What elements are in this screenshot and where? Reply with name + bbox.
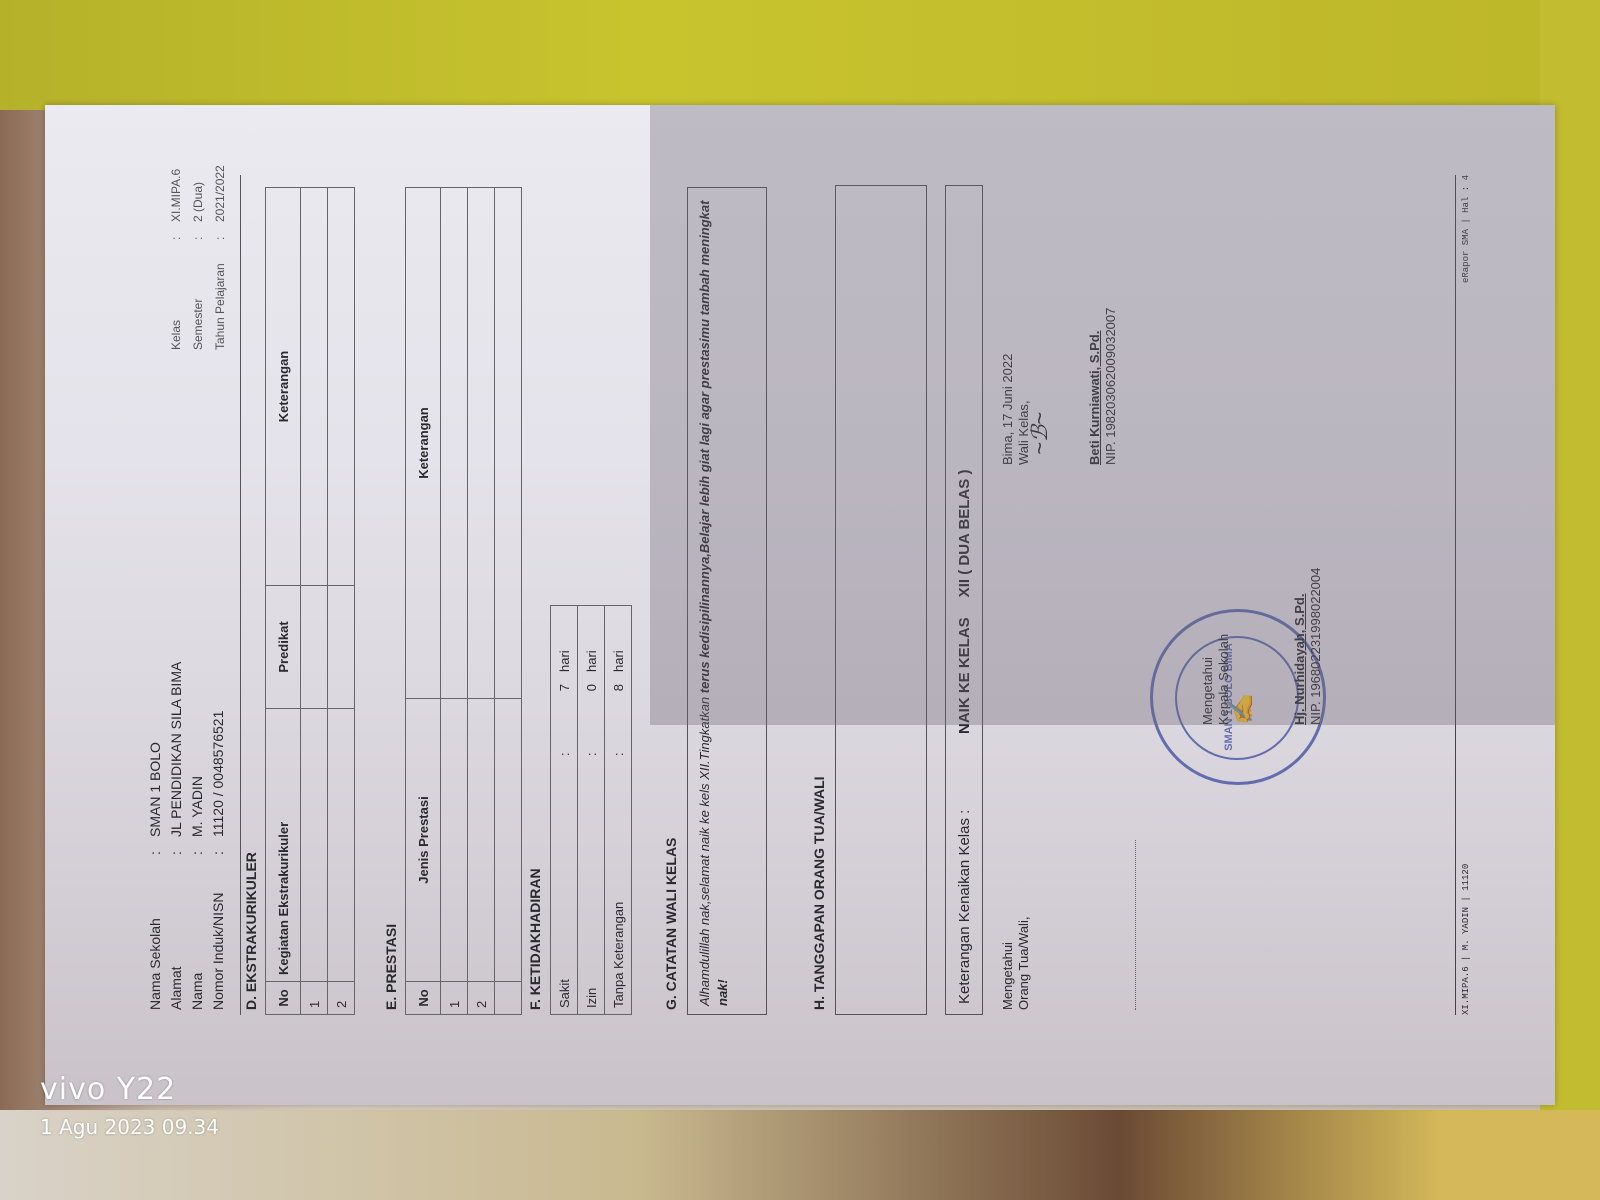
col-predikat: Predikat <box>266 586 301 709</box>
cell: 7 <box>551 678 578 710</box>
cell: hari <box>551 606 578 679</box>
header-divider <box>240 175 241 1015</box>
sep: : <box>166 837 187 855</box>
capture-datetime: 1 Agu 2023 09.34 <box>40 1115 219 1139</box>
sep: : <box>165 222 187 240</box>
section-title-catatan: G. CATATAN WALI KELAS <box>663 838 679 1010</box>
parent-signature-line <box>1135 840 1136 1010</box>
label-semester: Semester <box>187 240 209 350</box>
section-title-prestasi: E. PRESTASI <box>383 924 399 1010</box>
table-row: Tanpa Keterangan: 8hari <box>605 606 632 1015</box>
parent-line2: Orang Tua/Wali, <box>1016 917 1032 1010</box>
value-nisn: 11120 / 0048576521 <box>208 711 229 837</box>
prestasi-table: No Jenis Prestasi Keterangan 1 2 <box>405 187 522 1015</box>
cell: 2 <box>468 982 495 1015</box>
table-row: Sakit: 7hari <box>551 606 578 1015</box>
value-year: 2021/2022 <box>209 165 231 222</box>
label-name: Nama <box>187 855 208 1010</box>
label-nisn: Nomor Induk/NISN <box>208 855 229 1010</box>
table-row: 1 <box>441 188 468 1015</box>
label-year: Tahun Pelajaran <box>209 240 231 350</box>
background-yellow-cloth <box>0 0 1600 110</box>
col-kegiatan: Kegiatan Ekstrakurikuler <box>266 709 301 982</box>
sep: : <box>187 222 209 240</box>
value-semester: 2 (Dua) <box>187 182 209 222</box>
cell: Sakit <box>551 762 578 1015</box>
sep: : <box>208 837 229 855</box>
section-title-ekstrakurikuler: D. EKSTRAKURIKULER <box>243 852 259 1010</box>
cell: 8 <box>605 678 632 710</box>
value-school: SMAN 1 BOLO <box>145 742 166 837</box>
camera-watermark: vivo Y22 1 Agu 2023 09.34 <box>40 1072 219 1139</box>
footer-left: XI.MIPA.6 | M. YADIN | 11120 <box>1461 864 1471 1015</box>
cell: 1 <box>441 982 468 1015</box>
table-row: 2 <box>328 188 355 1015</box>
parent-signature: Mengetahui Orang Tua/Wali, <box>1000 917 1032 1010</box>
table-row: 2 <box>468 188 495 1015</box>
label-address: Alamat <box>166 855 187 1010</box>
camera-model: vivo Y22 <box>40 1072 219 1107</box>
table-row: Izin: 0hari <box>578 606 605 1015</box>
cell: hari <box>578 606 605 679</box>
label-school: Nama Sekolah <box>145 855 166 1010</box>
catatan-text: Alhamdulillah nak,selamat naik ke kels X… <box>697 693 712 1006</box>
kenaikan-label: Keterangan Kenaikan Kelas : <box>956 744 973 1014</box>
cell: 1 <box>301 982 328 1015</box>
ekstrakurikuler-table: No Kegiatan Ekstrakurikuler Predikat Ket… <box>265 187 355 1015</box>
cell: 0 <box>578 678 605 710</box>
value-address: JL PENDIDIKAN SILA BIMA <box>166 662 187 837</box>
col-keterangan: Keterangan <box>406 188 441 699</box>
cell: Tanpa Keterangan <box>605 762 632 1015</box>
background-floor <box>0 1110 1600 1200</box>
cell: Izin <box>578 762 605 1015</box>
col-keterangan: Keterangan <box>266 188 301 586</box>
hand-shadow <box>650 105 1555 725</box>
col-no: No <box>406 982 441 1015</box>
ketidakhadiran-table: Sakit: 7hari Izin: 0hari Tanpa Keteranga… <box>550 605 632 1015</box>
value-class: XI.MIPA.6 <box>165 169 187 222</box>
parent-line1: Mengetahui <box>1000 917 1016 1010</box>
table-row: 1 <box>301 188 328 1015</box>
value-name: M. YADIN <box>187 776 208 837</box>
section-title-ketidakhadiran: F. KETIDAKHADIRAN <box>527 868 543 1010</box>
col-no: No <box>266 982 301 1015</box>
sep: : <box>209 222 231 240</box>
sep: : <box>187 837 208 855</box>
col-jenis: Jenis Prestasi <box>406 699 441 982</box>
label-class: Kelas <box>165 240 187 350</box>
cell: 2 <box>328 982 355 1015</box>
table-row <box>495 188 522 1015</box>
section-title-tanggapan: H. TANGGAPAN ORANG TUA/WALI <box>811 776 827 1010</box>
cell: hari <box>605 606 632 679</box>
sep: : <box>145 837 166 855</box>
